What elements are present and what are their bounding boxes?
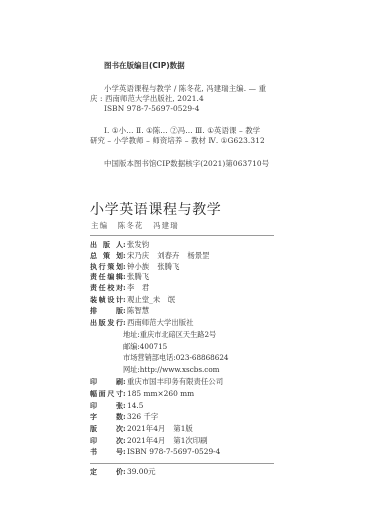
print-label: 书 号 (90, 449, 123, 456)
print-value: 326 千字 (127, 412, 158, 421)
print-value: 第1版 (173, 424, 192, 433)
price-value: 39.00元 (127, 467, 156, 476)
editor-name: 陈冬花 (118, 221, 144, 230)
credit-row-editor: 责任编辑:张腾飞 (90, 273, 157, 281)
credit-value: 张发钧 (127, 240, 149, 249)
credit-label: 责任编辑 (90, 274, 123, 281)
publisher-address: 地址:重庆市北碚区天生路2号 (123, 331, 216, 338)
cip-heading: 图书在版编目(CIP)数据 (104, 62, 185, 70)
credit-row-chief-planner: 总 策 划:宋乃庆刘春卉杨景罡 (90, 252, 218, 260)
cip-isbn-line: ISBN 978-7-5697-0529-4 (104, 105, 200, 112)
print-row-printer: 印 刷:重庆市国丰印务有限责任公司 (90, 378, 231, 386)
credit-value: 杨景罡 (187, 251, 209, 260)
credit-row-publisher: 出 版 人:张发钧 (90, 241, 157, 249)
credit-value: 刘春卉 (157, 251, 179, 260)
print-value: 重庆市国丰印务有限责任公司 (127, 377, 223, 386)
credit-label: 责任校对 (90, 285, 123, 292)
print-value: 185 mm×260 mm (127, 389, 194, 398)
credit-value: 西南师范大学出版社 (127, 318, 194, 327)
print-label: 字 数 (90, 414, 123, 421)
credit-value: 观止堂_未 氓 (127, 295, 175, 304)
editors-line: 主编 陈冬花 冯建瑞 (91, 222, 185, 229)
credit-label: 出版发行 (90, 320, 123, 327)
print-value: 第1次印刷 (173, 436, 207, 445)
print-value: ISBN 978-7-5697-0529-4 (127, 447, 220, 456)
publisher-phone: 市场营销部电话:023-68868624 (123, 354, 228, 361)
credit-label: 排 版 (90, 308, 123, 315)
credit-label: 执行策划 (90, 264, 123, 271)
publisher-postcode: 邮编:400715 (123, 343, 167, 350)
cip-line-1: 小学英语课程与教学 / 陈冬花, 冯建瑞主编. — 重 (104, 85, 266, 92)
credit-row-distribution: 出版发行:西南师范大学出版社 (90, 319, 202, 327)
print-label: 幅面尺寸 (90, 391, 123, 398)
credit-row-proofreader: 责任校对:李 君 (90, 284, 157, 292)
print-label: 印 刷 (90, 379, 123, 386)
print-row-impression: 印 次:2021年4月第1次印刷 (90, 437, 216, 445)
cip-classification-line-2: 研究 – 小学教师 – 师资培养 – 教材 Ⅳ. ①G623.312 (90, 137, 265, 144)
print-value: 2021年4月 (127, 436, 165, 445)
publisher-website: 网址:http://www.xscbs.com (123, 366, 219, 373)
print-value: 2021年4月 (127, 424, 165, 433)
print-row-sheets: 印 张:14.5 (90, 402, 151, 410)
cip-record-number: 中国版本图书馆CIP数据核字(2021)第063710号 (104, 160, 269, 167)
print-row-word-count: 字 数:326 千字 (90, 413, 166, 421)
cip-line-2: 庆 : 西南师范大学出版社, 2021.4 (90, 95, 204, 102)
credit-value: 张腾飞 (157, 262, 179, 271)
credit-value: 陈智慧 (127, 306, 149, 315)
price-row: 定 价:39.00元 (90, 468, 164, 476)
book-title: 小学英语课程与教学 (90, 203, 221, 217)
print-label: 印 次 (90, 438, 123, 445)
divider-top (90, 235, 274, 236)
credit-value: 李 君 (127, 283, 149, 292)
credit-label: 出 版 人 (90, 242, 123, 249)
credit-value: 张腾飞 (127, 272, 149, 281)
divider-bottom (90, 463, 274, 464)
print-row-isbn: 书 号:ISBN 978-7-5697-0529-4 (90, 448, 228, 456)
price-label: 定 价 (90, 469, 123, 476)
credit-value: 钟小族 (127, 262, 149, 271)
print-label: 版 次 (90, 426, 123, 433)
cip-classification-line-1: Ⅰ. ①小… Ⅱ. ①陈… ②冯… Ⅲ. ①英语课 – 教学 (104, 127, 260, 134)
credit-row-executive-planner: 执行策划:钟小族张腾飞 (90, 263, 187, 271)
editor-name: 冯建瑞 (153, 221, 179, 230)
print-value: 14.5 (127, 401, 143, 410)
credit-label: 装帧设计 (90, 297, 123, 304)
editor-label: 主编 (91, 221, 108, 230)
credit-row-typesetting: 排 版:陈智慧 (90, 307, 157, 315)
credit-value: 宋乃庆 (127, 251, 149, 260)
credit-label: 总 策 划 (90, 253, 123, 260)
print-row-format: 幅面尺寸:185 mm×260 mm (90, 390, 202, 398)
print-row-edition: 版 次:2021年4月第1版 (90, 425, 201, 433)
print-label: 印 张 (90, 403, 123, 410)
credit-row-designer: 装帧设计:观止堂_未 氓 (90, 296, 183, 304)
